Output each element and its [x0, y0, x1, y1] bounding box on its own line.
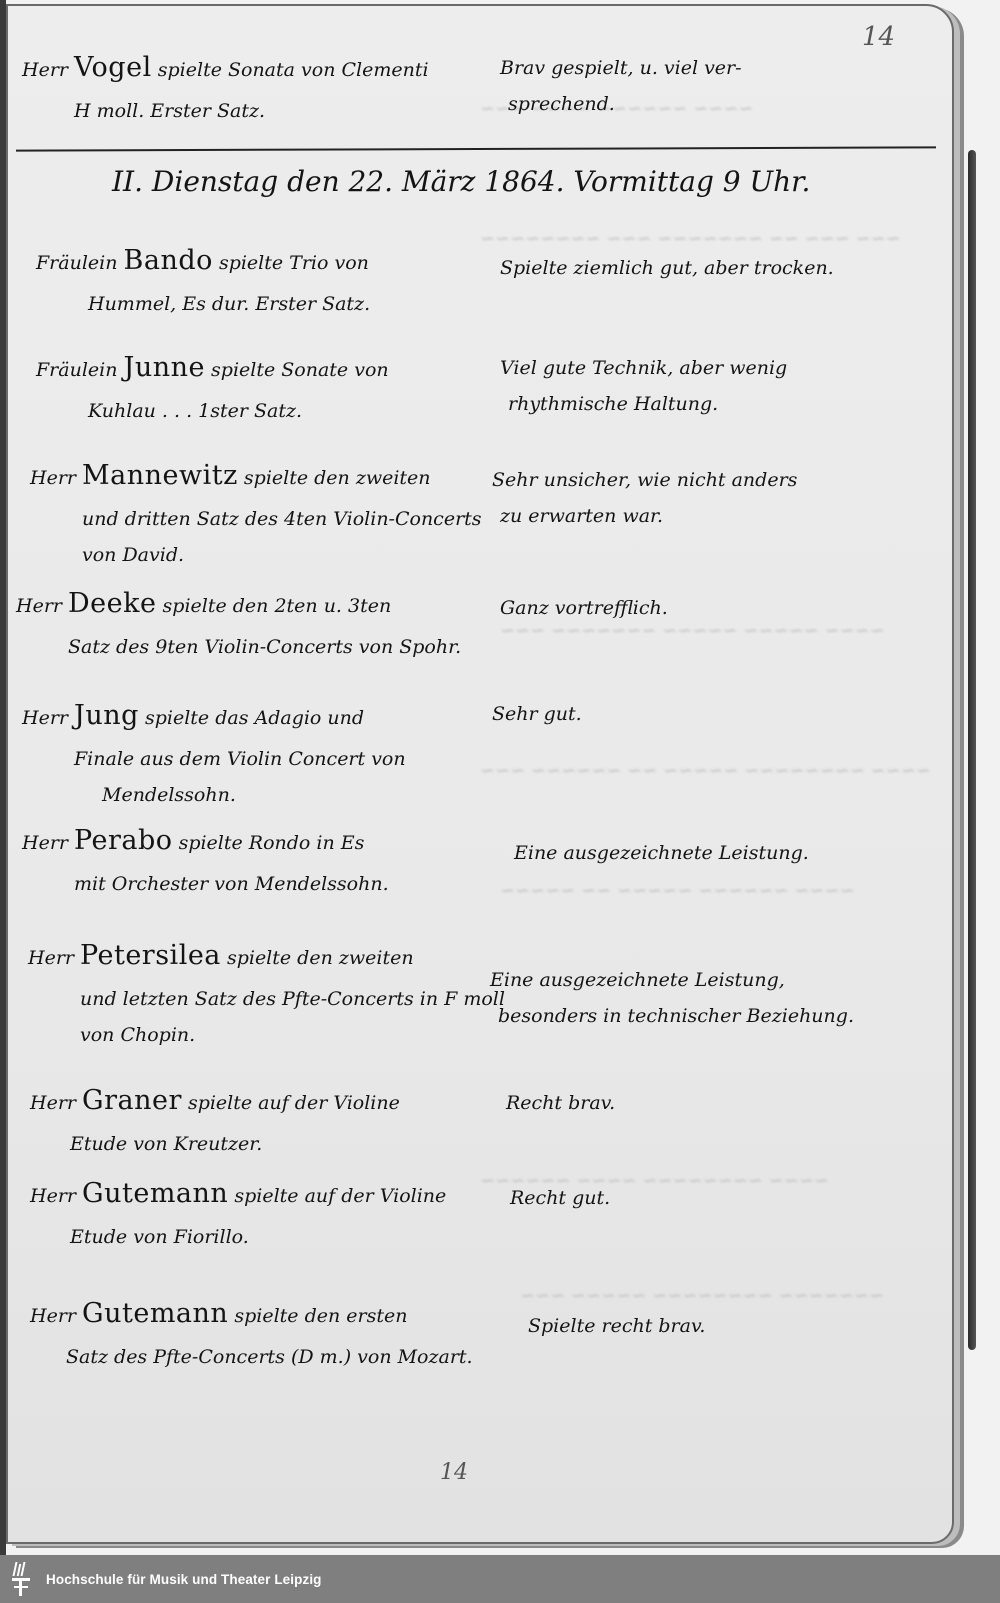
performer-name: Petersilea	[80, 940, 221, 971]
performer-name: Vogel	[74, 52, 152, 83]
piece-text-continued: Kuhlau . . . 1ster Satz.	[36, 393, 389, 429]
performer-name: Bando	[124, 245, 213, 276]
remark: Recht brav.	[506, 1085, 615, 1121]
remark-line: besonders in technischer Beziehung.	[490, 998, 854, 1034]
page-stack-edge	[968, 150, 976, 1350]
institution-name: Hochschule für Musik und Theater Leipzig	[46, 1572, 322, 1587]
entry-row: Herr Jung spielte das Adagio und Finale …	[22, 690, 406, 813]
page-number: 14	[440, 1460, 468, 1485]
remark: Eine ausgezeichnete Leistung.	[514, 835, 809, 871]
piece-text: spielte auf der Violine	[188, 1092, 400, 1114]
remark: Sehr unsicher, wie nicht anders zu erwar…	[492, 462, 797, 534]
salutation: Herr	[28, 947, 74, 969]
remark: Sehr gut.	[492, 696, 582, 732]
piece-text-continued: von David.	[30, 537, 482, 573]
entry-row: Herr Petersilea spielte den zweiten und …	[28, 930, 505, 1053]
piece-text: spielte den ersten	[234, 1305, 407, 1327]
section-heading: II. Dienstag den 22. März 1864. Vormitta…	[112, 165, 810, 198]
entry-row: Herr Mannewitz spielte den zweiten und d…	[30, 450, 482, 573]
remark-line: sprechend.	[500, 86, 742, 122]
remark-previous: Brav gespielt, u. viel ver- sprechend.	[500, 50, 742, 122]
performer-name: Junne	[124, 352, 205, 383]
institution-footer: Hochschule für Musik und Theater Leipzig	[0, 1555, 1000, 1603]
entry-row: Fräulein Junne spielte Sonate von Kuhlau…	[36, 342, 389, 429]
piece-text: spielte den zweiten	[244, 467, 431, 489]
piece-text-continued: und letzten Satz des Pfte-Concerts in F …	[28, 981, 505, 1017]
piece-text-continued: H moll. Erster Satz.	[22, 93, 429, 129]
entry-row: Fräulein Bando spielte Trio von Hummel, …	[36, 235, 370, 322]
entry-row: Herr Deeke spielte den 2ten u. 3ten Satz…	[16, 578, 461, 665]
performer-name: Graner	[82, 1085, 182, 1116]
salutation: Herr	[30, 467, 76, 489]
piece-text-continued: Satz des Pfte-Concerts (D m.) von Mozart…	[30, 1339, 473, 1375]
bleed-through-text: ~~~ ~~~ ~~ ~~~~~~~ ~~~ ~~~~~~~~	[480, 228, 901, 249]
remark: Eine ausgezeichnete Leistung, besonders …	[490, 962, 854, 1034]
salutation: Fräulein	[36, 359, 117, 381]
piece-text-continued: Mendelssohn.	[22, 777, 406, 813]
performer-name: Jung	[74, 700, 139, 731]
piece-text-continued: Etude von Kreutzer.	[30, 1126, 400, 1162]
salutation: Herr	[16, 595, 62, 617]
folio-number: 14	[862, 22, 895, 52]
remark-line: Ganz vortrefflich.	[500, 597, 668, 619]
piece-text-continued: Etude von Fiorillo.	[30, 1219, 446, 1255]
salutation: Herr	[22, 59, 68, 81]
remark-line: Recht brav.	[506, 1092, 615, 1114]
performer-name: Perabo	[74, 825, 172, 856]
remark-line: Brav gespielt, u. viel ver-	[500, 57, 742, 79]
performer-name: Deeke	[68, 588, 156, 619]
remark: Spielte ziemlich gut, aber trocken.	[500, 250, 834, 286]
bleed-through-text: ~~~~~~~ ~~~~~~~~ ~~~~~ ~~~	[520, 1285, 884, 1306]
piece-text: spielte Trio von	[219, 252, 369, 274]
remark: Recht gut.	[510, 1180, 610, 1216]
performer-name: Mannewitz	[82, 460, 238, 491]
entry-previous: Herr Vogel spielte Sonata von Clementi H…	[22, 42, 429, 129]
remark-line: Spielte recht brav.	[528, 1315, 705, 1337]
piece-text-continued: und dritten Satz des 4ten Violin-Concert…	[30, 501, 482, 537]
remark-line: Sehr gut.	[492, 703, 582, 725]
remark: Viel gute Technik, aber wenig rhythmisch…	[500, 350, 787, 422]
entry-row: Herr Graner spielte auf der Violine Etud…	[30, 1075, 400, 1162]
performer-name: Gutemann	[82, 1298, 228, 1329]
salutation: Herr	[22, 707, 68, 729]
piece-text-continued: Satz des 9ten Violin-Concerts von Spohr.	[16, 629, 461, 665]
remark-line: Viel gute Technik, aber wenig	[500, 357, 787, 379]
piece-text: spielte auf der Violine	[234, 1185, 446, 1207]
entry-row: Herr Gutemann spielte den ersten Satz de…	[30, 1288, 473, 1375]
piece-text: spielte den 2ten u. 3ten	[163, 595, 392, 617]
salutation: Herr	[30, 1185, 76, 1207]
piece-text-continued: Finale aus dem Violin Concert von	[22, 741, 406, 777]
remark: Ganz vortrefflich.	[500, 590, 668, 626]
hmt-logo-icon	[10, 1560, 32, 1598]
remark-line: Sehr unsicher, wie nicht anders	[492, 469, 797, 491]
remark-line: rhythmische Haltung.	[500, 386, 787, 422]
piece-text: spielte Sonata von Clementi	[158, 59, 429, 81]
salutation: Herr	[30, 1305, 76, 1327]
remark-line: Eine ausgezeichnete Leistung.	[514, 842, 809, 864]
piece-text-continued: Hummel, Es dur. Erster Satz.	[36, 286, 370, 322]
bleed-through-text: ~~~~ ~~~~~~ ~~~~~ ~~ ~~~~~	[500, 880, 855, 901]
entry-row: Herr Gutemann spielte auf der Violine Et…	[30, 1168, 446, 1255]
salutation: Herr	[22, 832, 68, 854]
remark-line: Spielte ziemlich gut, aber trocken.	[500, 257, 834, 279]
salutation: Fräulein	[36, 252, 117, 274]
remark-line: Recht gut.	[510, 1187, 610, 1209]
performer-name: Gutemann	[82, 1178, 228, 1209]
piece-text: spielte Rondo in Es	[179, 832, 365, 854]
bleed-through-text: ~~~~ ~~~~~~~~ ~~~~~ ~~ ~~~~~~ ~~~	[480, 760, 931, 781]
salutation: Herr	[30, 1092, 76, 1114]
piece-text-continued: von Chopin.	[28, 1017, 505, 1053]
piece-text: spielte den zweiten	[227, 947, 414, 969]
remark-line: Eine ausgezeichnete Leistung,	[490, 969, 785, 991]
piece-text: spielte Sonate von	[211, 359, 389, 381]
remark-line: zu erwarten war.	[492, 498, 797, 534]
piece-text-continued: mit Orchester von Mendelssohn.	[22, 866, 389, 902]
piece-text: spielte das Adagio und	[145, 707, 364, 729]
remark: Spielte recht brav.	[528, 1308, 705, 1344]
entry-row: Herr Perabo spielte Rondo in Es mit Orch…	[22, 815, 389, 902]
